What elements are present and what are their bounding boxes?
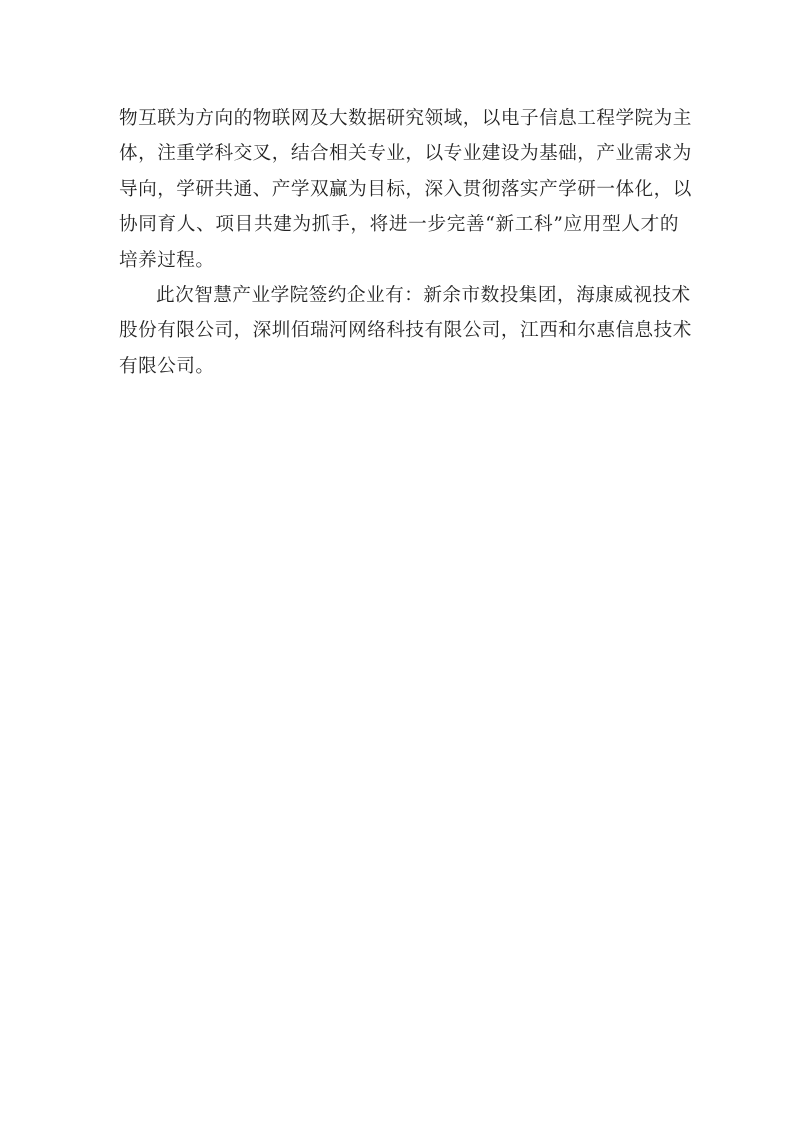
text-line: 协同育人、项目共建为抓手，将进一步完善“新工科”应用型人才的: [119, 207, 679, 242]
paragraph-1: 物互联为方向的物联网及大数据研究领域，以电子信息工程学院为主 体，注重学科交叉，…: [119, 101, 679, 278]
text-line: 体，注重学科交叉，结合相关专业，以专业建设为基础，产业需求为: [119, 136, 679, 171]
text-line: 有限公司。: [119, 349, 679, 384]
text-line: 培养过程。: [119, 243, 679, 278]
text-line: 物互联为方向的物联网及大数据研究领域，以电子信息工程学院为主: [119, 101, 679, 136]
text-line: 此次智慧产业学院签约企业有：新余市数投集团，海康威视技术: [119, 278, 679, 313]
text-line: 导向，学研共通、产学双赢为目标，深入贯彻落实产学研一体化，以: [119, 172, 679, 207]
paragraph-2: 此次智慧产业学院签约企业有：新余市数投集团，海康威视技术 股份有限公司，深圳佰瑞…: [119, 278, 679, 384]
document-page: 物互联为方向的物联网及大数据研究领域，以电子信息工程学院为主 体，注重学科交叉，…: [119, 101, 679, 384]
text-line: 股份有限公司，深圳佰瑞河网络科技有限公司，江西和尔惠信息技术: [119, 313, 679, 348]
